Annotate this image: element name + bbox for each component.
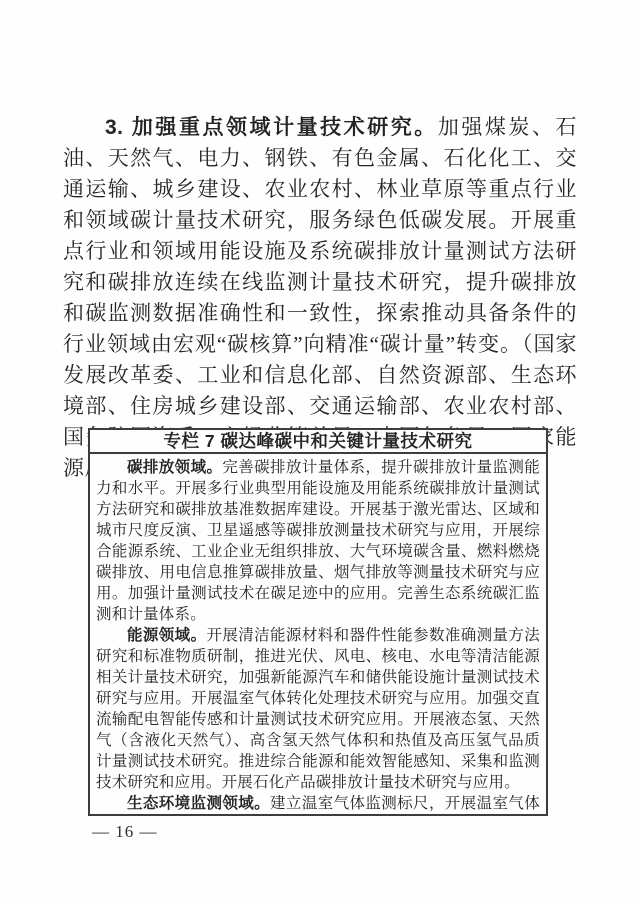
- panel-body: 碳排放领域。完善碳排放计量体系，提升碳排放计量监测能力和水平。开展多行业典型用能…: [90, 454, 546, 816]
- page-number: — 16 —: [92, 822, 158, 842]
- panel-title: 专栏 7 碳达峰碳中和关键计量技术研究: [90, 430, 546, 454]
- panel-paragraph-lead: 能源领域。: [127, 627, 206, 644]
- paragraph-text: 加强煤炭、石油、天然气、电力、钢铁、有色金属、石化化工、交通运输、城乡建设、农业…: [63, 115, 577, 480]
- panel-paragraph-text: 完善碳排放计量体系，提升碳排放计量监测能力和水平。开展多行业典型用能设施及用能系…: [96, 459, 540, 623]
- panel-paragraph-carbon-emission: 碳排放领域。完善碳排放计量体系，提升碳排放计量监测能力和水平。开展多行业典型用能…: [96, 457, 540, 625]
- panel-paragraph-eco-monitoring: 生态环境监测领域。建立温室气体监测标尺，开展温室气体精密测量技术研究和标准物质研…: [96, 793, 540, 816]
- paragraph-lead: 3. 加强重点领域计量技术研究。: [105, 116, 438, 139]
- document-page: 3. 加强重点领域计量技术研究。加强煤炭、石油、天然气、电力、钢铁、有色金属、石…: [0, 0, 640, 905]
- panel-paragraph-energy: 能源领域。开展清洁能源材料和器件性能参数准确测量方法研究和标准物质研制，推进光伏…: [96, 625, 540, 793]
- column-box-panel: 专栏 7 碳达峰碳中和关键计量技术研究 碳排放领域。完善碳排放计量体系，提升碳排…: [88, 428, 548, 816]
- panel-paragraph-text: 开展清洁能源材料和器件性能参数准确测量方法研究和标准物质研制，推进光伏、风电、核…: [96, 627, 540, 791]
- panel-paragraph-lead: 生态环境监测领域。: [127, 795, 270, 812]
- panel-paragraph-lead: 碳排放领域。: [127, 459, 222, 476]
